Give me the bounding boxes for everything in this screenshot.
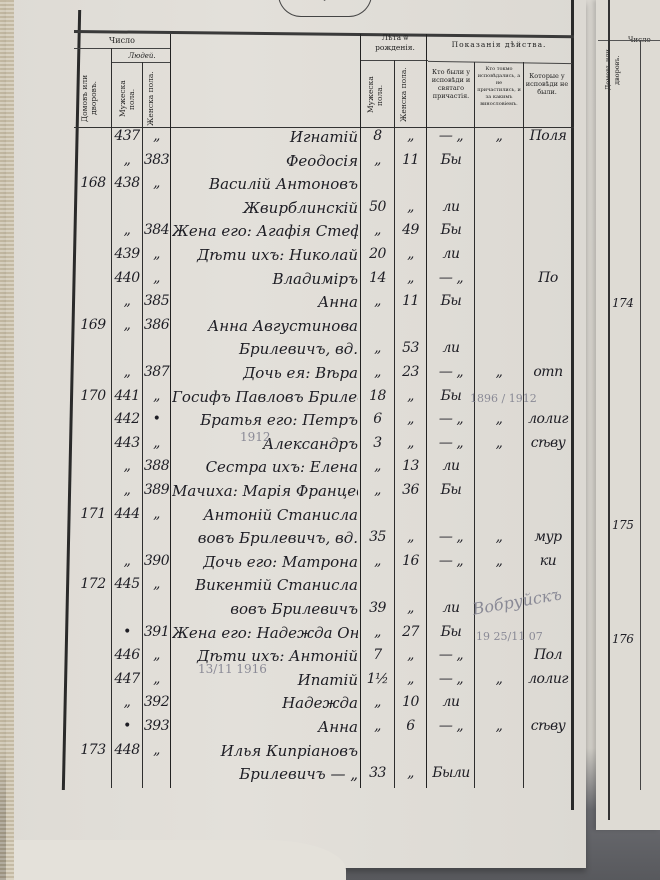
cell-age-m: 14: [361, 270, 394, 286]
cell-age-f: „: [395, 270, 426, 286]
pencil-note: 1896 / 1912: [470, 392, 537, 405]
cell-female-no: 393: [143, 718, 170, 734]
page-curl: [6, 840, 346, 880]
cell-confessed-only: „: [475, 411, 523, 427]
cell-age-m: 6: [361, 411, 394, 427]
cell-name: Василій Антоновъ: [172, 175, 358, 193]
cell-age-f: 27: [395, 624, 426, 640]
cell-female-no: 384: [143, 222, 170, 238]
cell-age-m: „: [361, 482, 394, 498]
cell-absent: сѣву: [524, 718, 572, 734]
cell-male-no: 447: [112, 671, 142, 687]
cell-absent: отп: [524, 364, 572, 380]
cell-male-no: „: [112, 293, 142, 309]
cell-confessed: Бы: [428, 293, 474, 309]
cell-age-f: „: [395, 600, 426, 616]
cell-female-no: 387: [143, 364, 170, 380]
header-confessed: Кто были у исповѣди и святаго причастія.: [428, 68, 474, 100]
cell-age-m: 33: [361, 765, 394, 781]
cell-confessed: ли: [428, 246, 474, 262]
cell-age-m: „: [361, 152, 394, 168]
cell-confessed-only: „: [475, 364, 523, 380]
cell-absent: лолиг: [524, 671, 572, 687]
cell-age-f: 16: [395, 553, 426, 569]
cell-age-m: „: [361, 718, 394, 734]
cell-male-no: „: [112, 694, 142, 710]
cell-name: Анна: [172, 293, 358, 311]
cell-age-m: 1½: [361, 671, 394, 687]
cell-household: 172: [76, 576, 110, 592]
cell-age-f: 36: [395, 482, 426, 498]
adjacent-household: 174: [612, 296, 633, 310]
cell-male-no: 448: [112, 742, 142, 758]
cell-age-f: 6: [395, 718, 426, 734]
rule: [428, 61, 572, 64]
header-not-confessed: Которые у исповѣди не были.: [524, 72, 570, 96]
cell-age-f: 11: [395, 293, 426, 309]
cell-name: Игнатій: [172, 128, 358, 146]
cell-absent: Поля: [524, 128, 572, 144]
cell-age-m: 39: [361, 600, 394, 616]
cell-male-no: 438: [112, 175, 142, 191]
cell-male-no: „: [112, 458, 142, 474]
cell-confessed: Бы: [428, 388, 474, 404]
cell-confessed: Бы: [428, 222, 474, 238]
cell-age-m: 7: [361, 647, 394, 663]
header-age-group: Лѣта ѿ рожденія.: [362, 33, 428, 53]
cell-male-no: 443: [112, 435, 142, 451]
cell-name: Антоній Станисла: [172, 506, 358, 524]
col-line: [426, 34, 427, 788]
cell-name: Брилевичъ, вд.: [172, 340, 358, 358]
cell-household: 168: [76, 175, 110, 191]
cell-age-f: „: [395, 199, 426, 215]
cell-male-no: •: [112, 718, 142, 734]
adjacent-page: [596, 0, 660, 830]
cell-name: Анна: [172, 718, 358, 736]
cell-age-f: „: [395, 765, 426, 781]
cell-name: Дочь ея: Вѣра: [172, 364, 358, 382]
rule: [112, 62, 170, 63]
cell-female-no: 388: [143, 458, 170, 474]
cell-confessed-only: „: [475, 128, 523, 144]
cell-male-no: 437: [112, 128, 142, 144]
cell-name: Феодосія: [172, 152, 358, 170]
cell-household: 171: [76, 506, 110, 522]
pencil-note: 1912: [240, 430, 271, 444]
cell-age-m: 50: [361, 199, 394, 215]
cell-absent: сѣву: [524, 435, 572, 451]
cell-household: 173: [76, 742, 110, 758]
header-age-female: Женска пола.: [399, 66, 417, 124]
cell-confessed: — „: [428, 411, 474, 427]
cell-age-f: „: [395, 647, 426, 663]
cell-absent: ки: [524, 553, 572, 569]
cell-confessed: Бы: [428, 624, 474, 640]
book-spine-edge: [0, 0, 14, 880]
cell-confessed: ли: [428, 694, 474, 710]
cell-household: 169: [76, 317, 110, 333]
cell-male-no: 444: [112, 506, 142, 522]
cell-name: Жена его: Надежда Онуфріева: [172, 624, 358, 642]
cell-name: Владиміръ: [172, 270, 358, 288]
cell-age-f: „: [395, 246, 426, 262]
cell-male-no: „: [112, 553, 142, 569]
cell-female-no: „: [143, 671, 170, 687]
cell-name: Илья Кипріановъ: [172, 742, 358, 760]
cell-name: Дочь его: Матрона: [172, 553, 358, 571]
cell-male-no: 442: [112, 411, 142, 427]
cell-female-no: 391: [143, 624, 170, 640]
col-line: [170, 34, 171, 788]
cell-name: Госифъ Павловъ Брилевичъ: [172, 388, 358, 406]
cell-confessed: — „: [428, 128, 474, 144]
cell-name: Мачиха: Марія Францева: [172, 482, 358, 500]
cell-confessed: — „: [428, 364, 474, 380]
cell-name: Анна Августинова: [172, 317, 358, 335]
adjacent-border: [608, 0, 610, 820]
cell-age-m: „: [361, 458, 394, 474]
cell-female-no: „: [143, 270, 170, 286]
cell-female-no: „: [143, 128, 170, 144]
cell-name: Надежда: [172, 694, 358, 712]
header-confessed-only: Кто токмо исповѣдались, а не причастилис…: [476, 66, 522, 108]
adjacent-header-households: Домовъ или дворовъ.: [604, 42, 618, 98]
cell-female-no: 386: [143, 317, 170, 333]
cell-male-no: 446: [112, 647, 142, 663]
cell-age-f: „: [395, 128, 426, 144]
crest-emblem-icon: ❦: [278, 0, 372, 17]
cell-male-no: „: [112, 482, 142, 498]
cell-female-no: 385: [143, 293, 170, 309]
cell-female-no: „: [143, 576, 170, 592]
cell-age-f: 10: [395, 694, 426, 710]
cell-confessed: — „: [428, 671, 474, 687]
header-people-group: Людей.: [114, 52, 170, 60]
cell-female-no: „: [143, 435, 170, 451]
header-confession-group: Показанія дѣйства.: [426, 40, 572, 49]
cell-name: Сестра ихъ: Елена: [172, 458, 358, 476]
adjacent-col-line: [640, 40, 641, 790]
cell-female-no: „: [143, 647, 170, 663]
cell-male-no: •: [112, 624, 142, 640]
cell-age-f: „: [395, 671, 426, 687]
cell-confessed: — „: [428, 270, 474, 286]
cell-female-no: 390: [143, 553, 170, 569]
cell-female-no: 383: [143, 152, 170, 168]
cell-age-m: „: [361, 340, 394, 356]
cell-female-no: „: [143, 742, 170, 758]
cell-female-no: „: [143, 246, 170, 262]
cell-age-m: 8: [361, 128, 394, 144]
header-female: Женска пола.: [146, 70, 164, 128]
cell-absent: мур: [524, 529, 572, 545]
cell-age-m: „: [361, 293, 394, 309]
cell-name: вовъ Брилевичъ, вд.: [172, 529, 358, 547]
cell-age-m: „: [361, 222, 394, 238]
cell-name: Жена его: Агафія Стефанова: [172, 222, 358, 240]
cell-age-m: „: [361, 364, 394, 380]
rule: [74, 48, 170, 49]
cell-age-m: „: [361, 694, 394, 710]
cell-female-no: „: [143, 388, 170, 404]
cell-confessed-only: „: [475, 718, 523, 734]
cell-age-m: 3: [361, 435, 394, 451]
cell-male-no: „: [112, 317, 142, 333]
cell-confessed: ли: [428, 199, 474, 215]
cell-confessed: ли: [428, 458, 474, 474]
cell-confessed: — „: [428, 647, 474, 663]
cell-confessed: — „: [428, 435, 474, 451]
cell-confessed-only: „: [475, 553, 523, 569]
cell-confessed: — „: [428, 718, 474, 734]
header-number-group: Число: [74, 36, 170, 45]
cell-age-m: 20: [361, 246, 394, 262]
cell-household: 170: [76, 388, 110, 404]
cell-confessed: — „: [428, 553, 474, 569]
cell-confessed: Бы: [428, 482, 474, 498]
header-households: Домовъ или дворовъ.: [80, 66, 110, 130]
cell-absent: Пол: [524, 647, 572, 663]
cell-confessed-only: „: [475, 435, 523, 451]
cell-female-no: „: [143, 175, 170, 191]
cell-name: Дѣти ихъ: Николай: [172, 246, 358, 264]
register-table: Число Людей. Домовъ или дворовъ. Мужеска…: [74, 30, 574, 790]
cell-absent: По: [524, 270, 572, 286]
cell-confessed: Бы: [428, 152, 474, 168]
pencil-note: 13/11 1916: [198, 662, 267, 676]
cell-male-no: „: [112, 222, 142, 238]
cell-name: Брилевичъ — „: [172, 765, 358, 783]
cell-age-f: 53: [395, 340, 426, 356]
header-age-male: Мужеска пола.: [366, 66, 384, 124]
table-border-right: [571, 0, 574, 810]
pencil-note: 19 25/11 07: [476, 630, 543, 643]
cell-confessed: ли: [428, 600, 474, 616]
header-male: Мужеска пола.: [118, 70, 136, 128]
cell-age-m: 35: [361, 529, 394, 545]
cell-name: вовъ Брилевичъ: [172, 600, 358, 618]
adjacent-household: 175: [612, 518, 633, 532]
cell-female-no: 392: [143, 694, 170, 710]
cell-age-f: 23: [395, 364, 426, 380]
cell-female-no: •: [143, 411, 170, 427]
cell-age-f: 11: [395, 152, 426, 168]
cell-confessed: ли: [428, 340, 474, 356]
cell-age-f: 13: [395, 458, 426, 474]
cell-name: Викентій Станисла: [172, 576, 358, 594]
cell-male-no: 445: [112, 576, 142, 592]
adjacent-household: 176: [612, 632, 633, 646]
cell-age-f: 49: [395, 222, 426, 238]
cell-age-f: „: [395, 529, 426, 545]
cell-male-no: 441: [112, 388, 142, 404]
cell-male-no: „: [112, 364, 142, 380]
cell-name: Жвирблинскій: [172, 199, 358, 217]
cell-confessed: Были: [428, 765, 474, 781]
cell-confessed: — „: [428, 529, 474, 545]
cell-confessed-only: „: [475, 529, 523, 545]
cell-absent: лолиг: [524, 411, 572, 427]
cell-age-m: 18: [361, 388, 394, 404]
cell-age-f: „: [395, 388, 426, 404]
cell-name: Братья его: Петръ: [172, 411, 358, 429]
cell-age-f: „: [395, 435, 426, 451]
cell-male-no: 440: [112, 270, 142, 286]
cell-age-m: „: [361, 624, 394, 640]
cell-age-m: „: [361, 553, 394, 569]
cell-male-no: „: [112, 152, 142, 168]
cell-age-f: „: [395, 411, 426, 427]
cell-male-no: 439: [112, 246, 142, 262]
cell-confessed-only: „: [475, 671, 523, 687]
cell-female-no: 389: [143, 482, 170, 498]
cell-female-no: „: [143, 506, 170, 522]
